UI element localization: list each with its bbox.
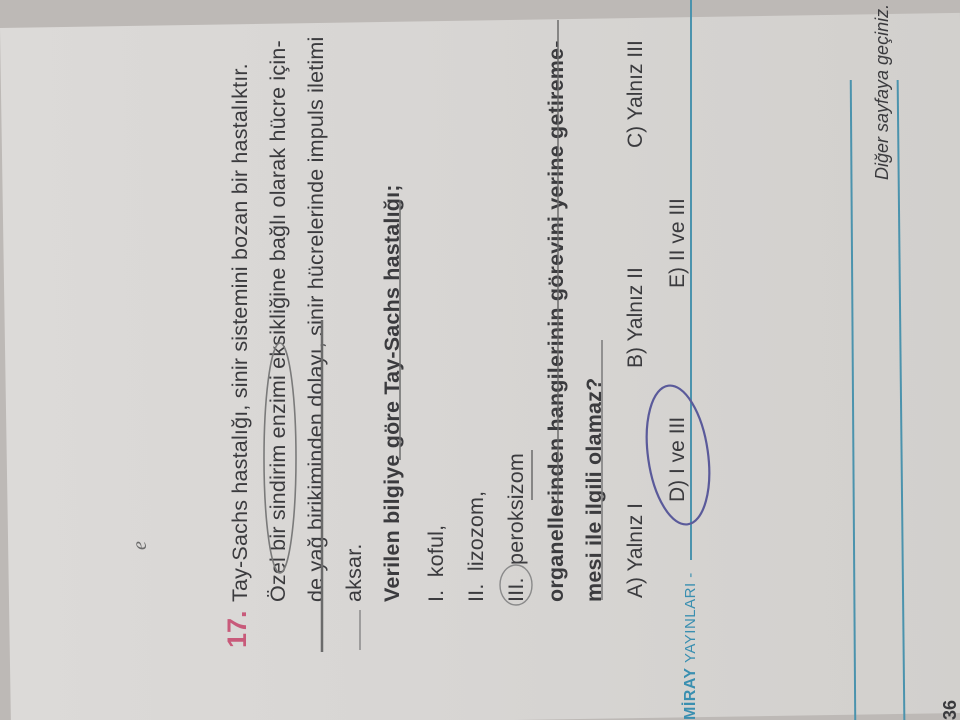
option-e[interactable]: E) II ve III [666,198,690,288]
item-numeral: II. [464,583,488,602]
option-text: II ve III [666,198,689,261]
handwritten-e: e [129,541,151,550]
option-b[interactable]: B) Yalnız II [624,267,648,368]
stem-line-1: Tay-Sachs hastalığı, sinir sistemini boz… [228,63,253,602]
question-prompt: Verilen bilgiye göre Tay-Sachs hastalığı… [380,184,405,602]
item-text: lizozom, [464,491,488,571]
publisher-name: MİRAY [682,667,699,720]
option-text: Yalnız III [624,40,647,120]
stem-line-4: aksar. [342,543,367,602]
item-text: peroksizom [504,453,528,565]
item-numeral: I. [424,590,448,602]
stem-line-2: Özel bir sindirim enzimi eksikliğine bağ… [266,40,291,602]
question-number: 17. [222,610,253,648]
option-letter: C) [624,126,647,148]
option-letter: D) [666,480,689,502]
option-d[interactable]: D) I ve III [666,417,690,502]
next-page-note: Diğer sayfaya geçiniz. [872,4,893,180]
page-number: 36 [940,700,960,720]
option-letter: B) [624,347,647,368]
option-text: Yalnız II [624,267,647,341]
footer-rule-bottom [897,80,906,720]
option-letter: A) [624,577,647,598]
stem-line-3: de yağ birikiminden dolayı, sinir hücrel… [304,37,329,602]
option-text: I ve III [666,417,689,474]
ask-line-2: mesi ile ilgili olamaz? [582,378,607,602]
ask-line-1: organellerinden hangilerinin görevini ye… [544,40,569,602]
publisher-brand: MİRAY YAYINLARI - [682,572,700,720]
option-letter: E) [666,267,689,288]
item-text: koful, [424,525,448,578]
option-text: Yalnız I [624,503,647,571]
footer-rule-top [850,80,856,720]
test-page: MİRAY YAYINLARI - 17. Tay-Sachs hastalığ… [0,0,960,720]
item-1: I. koful, [424,525,449,602]
handwritten-marks: e [0,0,960,720]
header-rule [690,0,692,560]
publisher-suffix: YAYINLARI - [682,572,699,663]
item-3: III. peroksizom [504,453,529,602]
item-2: II. lizozom, [464,491,489,602]
option-c[interactable]: C) Yalnız III [624,40,648,148]
option-a[interactable]: A) Yalnız I [624,503,648,598]
item-numeral: III. [504,577,528,602]
